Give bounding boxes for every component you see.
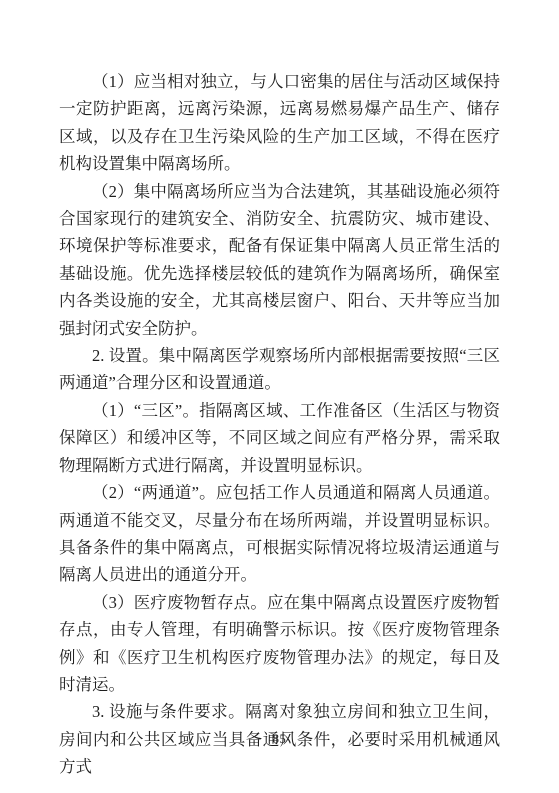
page-number: 85 <box>0 732 559 747</box>
paragraph-4: （1）“三区”。指隔离区域、工作准备区（生活区与物资保障区）和缓冲区等，不同区域… <box>59 397 500 479</box>
paragraph-2: （2）集中隔离场所应当为合法建筑，其基础设施必须符合国家现行的建筑安全、消防安全… <box>59 178 500 342</box>
document-page: （1）应当相对独立，与人口密集的居住与活动区域保持一定防护距离，远离污染源，远离… <box>0 0 559 793</box>
paragraph-3: 2. 设置。集中隔离医学观察场所内部根据需要按照“三区两通道”合理分区和设置通道… <box>59 342 500 397</box>
paragraph-1: （1）应当相对独立，与人口密集的居住与活动区域保持一定防护距离，远离污染源，远离… <box>59 68 500 178</box>
document-body: （1）应当相对独立，与人口密集的居住与活动区域保持一定防护距离，远离污染源，远离… <box>59 68 500 781</box>
paragraph-6: （3）医疗废物暂存点。应在集中隔离点设置医疗废物暂存点，由专人管理，有明确警示标… <box>59 589 500 699</box>
paragraph-5: （2）“两通道”。应包括工作人员通道和隔离人员通道。两通道不能交叉，尽量分布在场… <box>59 479 500 589</box>
